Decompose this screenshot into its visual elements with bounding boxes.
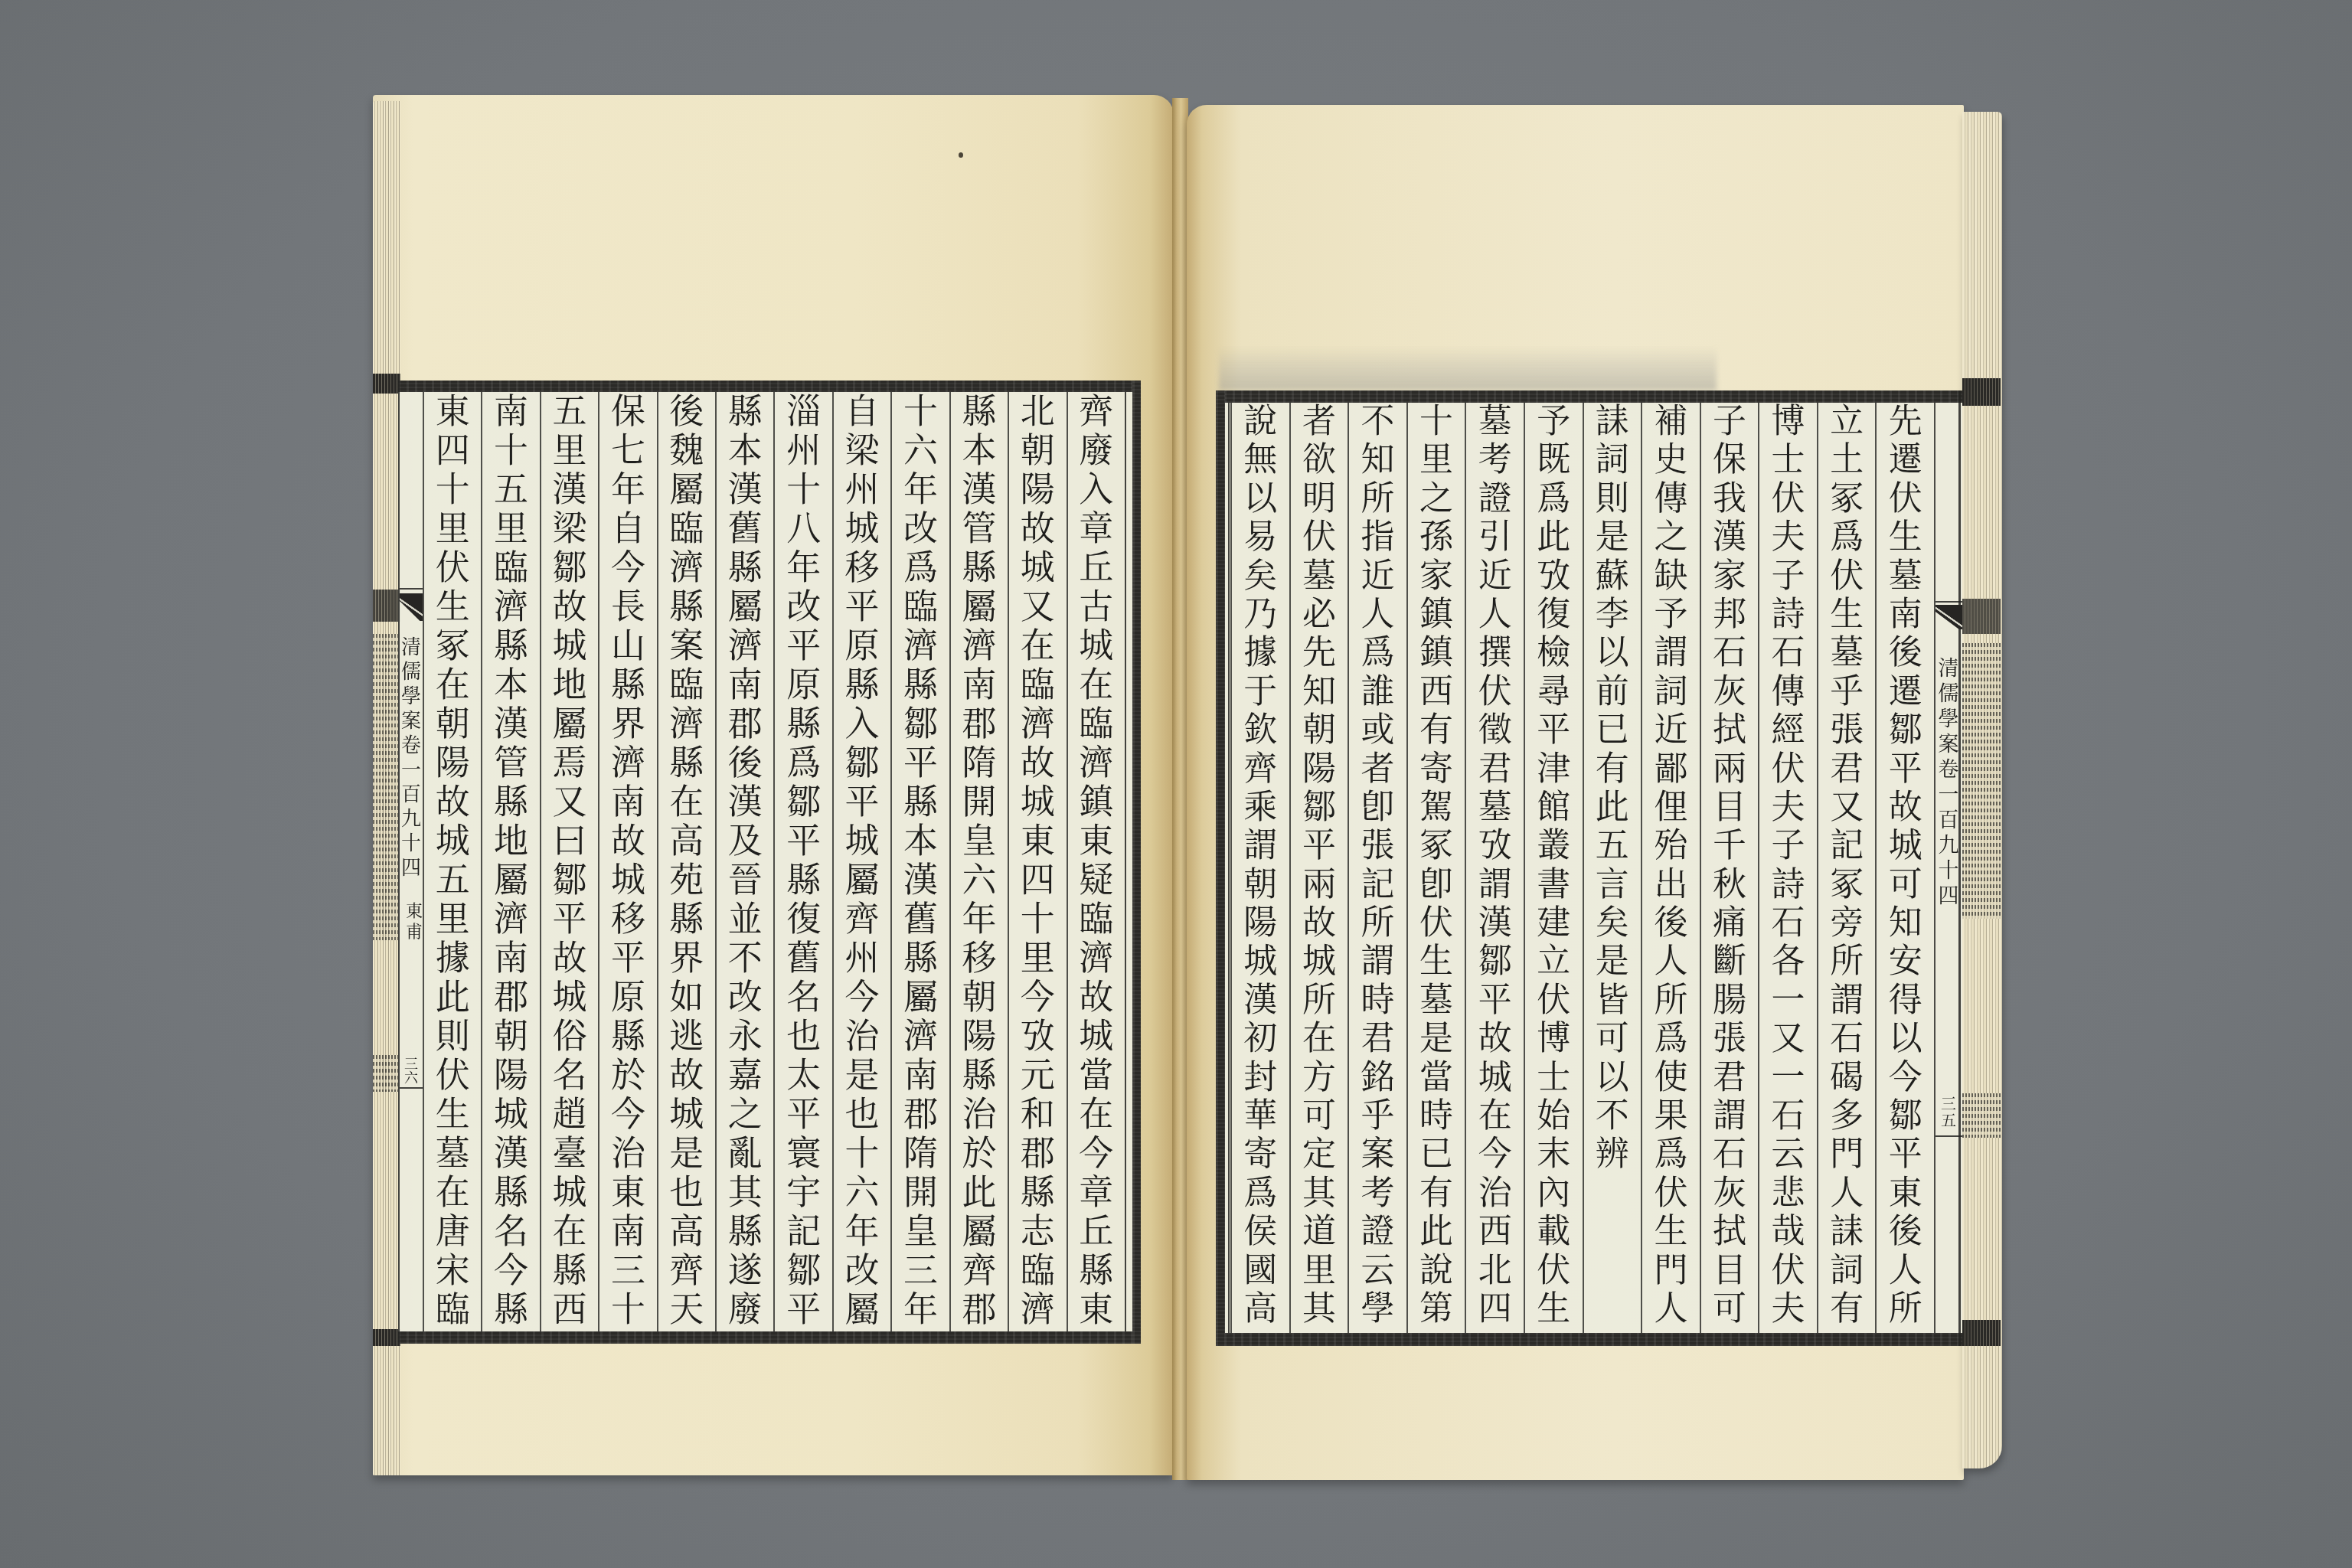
glyph: 逃: [658, 1017, 715, 1056]
glyph: 方: [1291, 1059, 1348, 1097]
glyph: 六: [892, 431, 949, 470]
glyph: 南: [892, 1056, 949, 1095]
glyph: 里: [1408, 441, 1465, 479]
text-column: 予既爲此攷復檢尋平津館叢書建立伏博士始末內載伏生: [1524, 403, 1583, 1333]
stack-text-fragment: [373, 634, 400, 940]
glyph: 石: [1759, 904, 1817, 942]
glyph: 學: [1936, 707, 1961, 732]
glyph: 高: [658, 822, 715, 861]
glyph: 鄒: [1291, 789, 1348, 827]
glyph: 在: [1291, 1020, 1348, 1058]
stack-fishtail-fragment: [1962, 599, 2001, 634]
glyph: 在: [658, 782, 715, 822]
glyph: 拭: [1701, 711, 1759, 750]
glyph: 伏: [1466, 673, 1524, 711]
glyph: 平: [775, 1290, 831, 1329]
glyph: 里: [541, 431, 598, 470]
glyph: 西: [541, 1290, 598, 1329]
glyph: 鄒: [775, 782, 831, 822]
glyph: 者: [1291, 403, 1348, 441]
glyph: 屬: [541, 704, 598, 743]
glyph: 是: [1584, 518, 1641, 557]
glyph: 西: [1466, 1213, 1524, 1251]
glyph: 矣: [1584, 904, 1641, 942]
glyph: 四: [400, 856, 423, 880]
glyph: 地: [482, 822, 539, 861]
glyph: 開: [892, 1173, 949, 1212]
glyph: 年: [951, 900, 1008, 939]
glyph: 引: [1466, 518, 1524, 557]
glyph: 平: [775, 822, 831, 861]
glyph: 儒: [400, 660, 423, 684]
paper-smudge: [1219, 346, 1717, 390]
glyph: 安: [1877, 942, 1934, 981]
glyph: 故: [1877, 789, 1934, 827]
glyph: 今: [1009, 978, 1066, 1017]
glyph: 津: [1525, 750, 1583, 789]
glyph: 初: [1232, 1020, 1289, 1058]
glyph: 六: [834, 1173, 890, 1212]
glyph: 城: [1877, 827, 1934, 865]
glyph: 鎮: [1068, 782, 1125, 822]
glyph: 縣: [834, 665, 890, 704]
glyph: 一: [1759, 982, 1817, 1020]
glyph: 屬: [717, 587, 773, 626]
glyph: 近: [1466, 557, 1524, 596]
glyph: 傳: [1759, 673, 1817, 711]
glyph: 所: [1349, 480, 1406, 518]
glyph: 漢: [717, 470, 773, 509]
glyph: 於: [599, 1056, 656, 1095]
glyph: 尋: [1525, 673, 1583, 711]
glyph: 一: [1936, 782, 1961, 808]
glyph: 後: [658, 392, 715, 431]
glyph: 卷: [400, 733, 423, 758]
glyph: 知: [1349, 441, 1406, 479]
glyph: 州: [775, 431, 831, 470]
glyph: 城: [1068, 1017, 1125, 1056]
glyph: 又: [1759, 1020, 1817, 1058]
glyph: 臨: [1068, 704, 1125, 743]
glyph: 在: [1068, 665, 1125, 704]
glyph: 治: [1466, 1174, 1524, 1213]
glyph: 縣: [892, 782, 949, 822]
glyph: 伏: [1642, 1174, 1700, 1213]
glyph: 齊: [834, 900, 890, 939]
glyph: 南: [1877, 596, 1934, 634]
glyph: 五: [424, 861, 481, 900]
glyph: 記: [775, 1212, 831, 1251]
glyph: 李: [1584, 596, 1641, 634]
glyph: 攷: [1466, 827, 1524, 865]
glyph: 之: [1408, 480, 1465, 518]
glyph: 博: [1759, 403, 1817, 441]
glyph: 近: [1349, 557, 1406, 596]
glyph: 在: [424, 665, 481, 704]
glyph: 入: [834, 704, 890, 743]
glyph: 子: [1759, 557, 1817, 596]
glyph: 縣: [658, 900, 715, 939]
glyph: 伏: [1877, 480, 1934, 518]
glyph: 清: [1936, 656, 1961, 681]
stack-pagenum-fragment: [373, 1055, 400, 1092]
text-column: 誄詞則是蘇李以前已有此五言矣是皆可以不辨: [1583, 403, 1641, 1333]
glyph: 此: [424, 978, 481, 1017]
glyph: 定: [1291, 1135, 1348, 1174]
glyph: 張: [1701, 1020, 1759, 1058]
glyph: 所: [1349, 904, 1406, 942]
glyph: 末: [1525, 1135, 1583, 1174]
glyph: 名: [775, 978, 831, 1017]
glyph: 丘: [1068, 548, 1125, 587]
glyph: 於: [951, 1134, 1008, 1173]
glyph: 爲: [1232, 1174, 1289, 1213]
glyph: 治: [834, 1017, 890, 1056]
glyph: 哉: [1759, 1213, 1817, 1251]
glyph: 爲: [1349, 634, 1406, 672]
glyph: 保: [1701, 441, 1759, 479]
glyph: 案: [1936, 732, 1961, 757]
glyph: 四: [1009, 861, 1066, 900]
glyph: 陽: [1232, 904, 1289, 942]
glyph: 移: [599, 900, 656, 939]
glyph: 生: [424, 1095, 481, 1134]
glyph: 平: [599, 939, 656, 978]
glyph: 記: [1349, 866, 1406, 904]
glyph: 其: [1291, 1290, 1348, 1328]
glyph: 無: [1232, 441, 1289, 479]
glyph: 不: [1349, 403, 1406, 441]
glyph: 碣: [1818, 1059, 1876, 1097]
glyph: 十: [834, 1134, 890, 1173]
glyph: 漢: [1232, 982, 1289, 1020]
glyph: 必: [1291, 596, 1348, 634]
glyph: 墓: [424, 1134, 481, 1173]
glyph: 志: [1009, 1212, 1066, 1251]
glyph: 章: [1068, 1173, 1125, 1212]
glyph: 城: [658, 1095, 715, 1134]
glyph: 門: [1818, 1135, 1876, 1174]
glyph: 濟: [1068, 939, 1125, 978]
glyph: 年: [599, 470, 656, 509]
glyph: 十: [1936, 858, 1961, 884]
glyph: 徵: [1466, 711, 1524, 750]
glyph: 苑: [658, 861, 715, 900]
glyph: 始: [1525, 1097, 1583, 1135]
text-column: 者欲明伏墓必先知朝陽鄒平兩故城所在方可定其道里其: [1289, 403, 1348, 1333]
text-column: 說無以易矣乃據于欽齊乘謂朝陽城漢初封華寄爲侯國高: [1230, 403, 1289, 1333]
glyph: 百: [1936, 808, 1961, 833]
glyph: 鄒: [892, 704, 949, 743]
glyph: 縣: [717, 548, 773, 587]
glyph: 所: [1818, 942, 1876, 981]
glyph: 城: [482, 1095, 539, 1134]
glyph: 目: [1701, 1252, 1759, 1290]
frame-bottom-border: [398, 1331, 1141, 1344]
glyph: 生: [1525, 1290, 1583, 1328]
glyph: 伏: [1525, 982, 1583, 1020]
glyph: 謂: [1642, 634, 1700, 672]
glyph: 灰: [1701, 673, 1759, 711]
glyph: 人: [1642, 1290, 1700, 1328]
glyph: 攷: [1525, 557, 1583, 596]
glyph: 家: [1701, 557, 1759, 596]
glyph: 所: [1291, 982, 1348, 1020]
glyph: 人: [1349, 596, 1406, 634]
glyph: 齊: [1068, 392, 1125, 431]
glyph: 齊: [1232, 750, 1289, 789]
version-center-section: 東甫: [406, 901, 423, 942]
glyph: 書: [1525, 866, 1583, 904]
frame-left-border: [1216, 390, 1225, 1346]
glyph: 平: [1466, 982, 1524, 1020]
glyph: 古: [1068, 587, 1125, 626]
glyph: 縣: [482, 1173, 539, 1212]
glyph: 漢: [482, 704, 539, 743]
glyph: 土: [1818, 441, 1876, 479]
glyph: 矣: [1232, 557, 1289, 596]
glyph: 屬: [951, 587, 1008, 626]
glyph: 爲: [1818, 518, 1876, 557]
glyph: 甫: [406, 922, 423, 942]
glyph: 故: [1009, 743, 1066, 782]
glyph: 本: [951, 431, 1008, 470]
glyph: 縣: [951, 1056, 1008, 1095]
glyph: 鄒: [1877, 1097, 1934, 1135]
text-column: 齊廢入章丘古城在臨濟鎮東疑臨濟故城當在今章丘縣東: [1067, 392, 1125, 1331]
glyph: 濟: [482, 900, 539, 939]
glyph: 本: [482, 665, 539, 704]
glyph: 謂: [1349, 942, 1406, 981]
glyph: 案: [658, 626, 715, 665]
glyph: 漢: [482, 1134, 539, 1173]
stack-border-fragment: [373, 1329, 400, 1346]
glyph: 有: [1584, 750, 1641, 789]
glyph: 爲: [775, 743, 831, 782]
glyph: 于: [1232, 673, 1289, 711]
glyph: 管: [482, 743, 539, 782]
glyph: 並: [717, 900, 773, 939]
left-page-frame: 清儒學案卷一百九十四 東甫 三六 齊廢入章丘古城在臨濟鎮東疑臨濟故城當在今章丘縣…: [398, 381, 1141, 1344]
glyph: 灰: [1701, 1174, 1759, 1213]
glyph: 使: [1642, 1059, 1700, 1097]
glyph: 郡: [482, 978, 539, 1017]
text-column: 不知所指近人爲誰或者卽張記所謂時君銘乎案考證云學: [1347, 403, 1406, 1333]
glyph: 說: [1408, 1252, 1465, 1290]
glyph: 鄒: [775, 1251, 831, 1290]
frame-inner-line: [1125, 392, 1126, 1331]
glyph: 君: [1349, 1020, 1406, 1058]
glyph: 此: [1584, 789, 1641, 827]
glyph: 縣: [717, 392, 773, 431]
glyph: 晉: [717, 861, 773, 900]
glyph: 學: [1349, 1290, 1406, 1328]
glyph: 十: [775, 470, 831, 509]
glyph: 冢: [424, 626, 481, 665]
glyph: 改: [775, 587, 831, 626]
glyph: 秋: [1701, 866, 1759, 904]
glyph: 趙: [541, 1095, 598, 1134]
glyph: 撰: [1466, 634, 1524, 672]
page-number: 三六: [400, 1058, 423, 1086]
glyph: 可: [1584, 1020, 1641, 1058]
glyph: 則: [424, 1017, 481, 1056]
glyph: 以: [1584, 634, 1641, 672]
glyph: 殆: [1642, 827, 1700, 865]
glyph: 故: [599, 822, 656, 861]
glyph: 兩: [1701, 750, 1759, 789]
glyph: 君: [1466, 750, 1524, 789]
glyph: 又: [541, 782, 598, 822]
glyph: 復: [775, 900, 831, 939]
glyph: 欲: [1291, 441, 1348, 479]
glyph: 郡: [717, 704, 773, 743]
glyph: 里: [482, 509, 539, 548]
frame-top-border: [398, 381, 1141, 392]
glyph: 之: [717, 1095, 773, 1134]
glyph: 明: [1291, 480, 1348, 518]
glyph: 十: [1408, 403, 1465, 441]
glyph: 誰: [1349, 673, 1406, 711]
glyph: 道: [1291, 1213, 1348, 1251]
glyph: 東: [1068, 1290, 1125, 1329]
glyph: 我: [1701, 480, 1759, 518]
glyph: 南: [482, 392, 539, 431]
glyph: 縣: [775, 861, 831, 900]
glyph: 也: [658, 1173, 715, 1212]
glyph: 或: [1349, 711, 1406, 750]
glyph: 有: [1408, 711, 1465, 750]
stack-fishtail-fragment: [373, 590, 400, 622]
glyph: 年: [892, 470, 949, 509]
glyph: 今: [1068, 1134, 1125, 1173]
glyph: 予: [1642, 596, 1700, 634]
glyph: 山: [599, 626, 656, 665]
glyph: 經: [1759, 711, 1817, 750]
glyph: 寰: [775, 1134, 831, 1173]
glyph: 子: [1759, 827, 1817, 865]
glyph: 界: [599, 704, 656, 743]
glyph: 改: [717, 978, 773, 1017]
glyph: 石: [1701, 634, 1759, 672]
glyph: 廢: [717, 1290, 773, 1329]
glyph: 辨: [1584, 1135, 1641, 1174]
glyph: 一: [400, 758, 423, 782]
glyph: 濟: [482, 587, 539, 626]
glyph: 九: [1936, 833, 1961, 858]
glyph: 又: [1818, 789, 1876, 827]
glyph: 爲: [892, 548, 949, 587]
glyph: 朝: [482, 1017, 539, 1056]
glyph: 乘: [1232, 789, 1289, 827]
glyph: 平: [1291, 827, 1348, 865]
text-column: 縣本漢管縣屬濟南郡隋開皇六年移朝陽縣治於此屬齊郡: [949, 392, 1008, 1331]
glyph: 故: [1466, 1020, 1524, 1058]
glyph: 故: [658, 1056, 715, 1095]
glyph: 又: [1009, 587, 1066, 626]
glyph: 縣: [1009, 1173, 1066, 1212]
glyph: 卽: [1408, 866, 1465, 904]
glyph: 三: [1936, 1096, 1961, 1112]
glyph: 年: [834, 1212, 890, 1251]
glyph: 漢: [541, 470, 598, 509]
glyph: 時: [1408, 1097, 1465, 1135]
glyph: 乃: [1232, 596, 1289, 634]
glyph: 士: [1759, 441, 1817, 479]
glyph: 城: [1232, 942, 1289, 981]
glyph: 東: [1877, 1174, 1934, 1213]
glyph: 朝: [1291, 711, 1348, 750]
glyph: 封: [1232, 1059, 1289, 1097]
glyph: 內: [1525, 1174, 1583, 1213]
glyph: 平: [834, 782, 890, 822]
glyph: 曰: [541, 822, 598, 861]
glyph: 所: [1642, 982, 1700, 1020]
glyph: 悲: [1759, 1174, 1817, 1213]
glyph: 補: [1642, 403, 1700, 441]
glyph: 縣: [892, 939, 949, 978]
glyph: 陽: [1291, 750, 1348, 789]
glyph: 長: [599, 587, 656, 626]
glyph: 記: [1818, 827, 1876, 865]
glyph: 屬: [951, 1212, 1008, 1251]
glyph: 陽: [1009, 470, 1066, 509]
glyph: 拭: [1701, 1213, 1759, 1251]
glyph: 保: [599, 392, 656, 431]
glyph: 高: [1232, 1290, 1289, 1328]
glyph: 目: [1701, 789, 1759, 827]
glyph: 臨: [892, 587, 949, 626]
glyph: 平: [1525, 711, 1583, 750]
version-center-title: 清儒學案卷一百九十四: [400, 635, 423, 880]
glyph: 得: [1877, 982, 1934, 1020]
glyph: 在: [1466, 1097, 1524, 1135]
glyph: 乎: [1818, 673, 1876, 711]
glyph: 改: [834, 1251, 890, 1290]
glyph: 縣: [775, 704, 831, 743]
glyph: 予: [1525, 403, 1583, 441]
glyph: 易: [1232, 518, 1289, 557]
text-column: 南十五里臨濟縣本漢管縣地屬濟南郡朝陽城漢縣名今縣: [481, 392, 539, 1331]
glyph: 南: [599, 1212, 656, 1251]
glyph: 俚: [1642, 789, 1700, 827]
glyph: 冢: [1408, 827, 1465, 865]
glyph: 爲: [1642, 1135, 1700, 1174]
glyph: 詩: [1759, 596, 1817, 634]
glyph: 丘: [1068, 1212, 1125, 1251]
text-column: 博士伏夫子詩石傳經伏夫子詩石各一又一石云悲哉伏夫: [1758, 403, 1817, 1333]
glyph: 據: [1232, 634, 1289, 672]
glyph: 及: [717, 822, 773, 861]
glyph: 既: [1525, 441, 1583, 479]
glyph: 東: [599, 1173, 656, 1212]
glyph: 門: [1642, 1252, 1700, 1290]
glyph: 十: [1009, 900, 1066, 939]
glyph: 各: [1759, 942, 1817, 981]
glyph: 里: [424, 900, 481, 939]
glyph: 朝: [951, 978, 1008, 1017]
stack-border-fragment: [373, 374, 400, 394]
glyph: 里: [424, 509, 481, 548]
glyph: 侯: [1232, 1213, 1289, 1251]
glyph: 朝: [1009, 431, 1066, 470]
text-column: 北朝陽故城又在臨濟故城東四十里今攷元和郡縣志臨濟: [1008, 392, 1066, 1331]
glyph: 是: [834, 1056, 890, 1095]
glyph: 此: [951, 1173, 1008, 1212]
glyph: 石: [1759, 634, 1817, 672]
glyph: 俗: [541, 1017, 598, 1056]
glyph: 千: [1701, 827, 1759, 865]
